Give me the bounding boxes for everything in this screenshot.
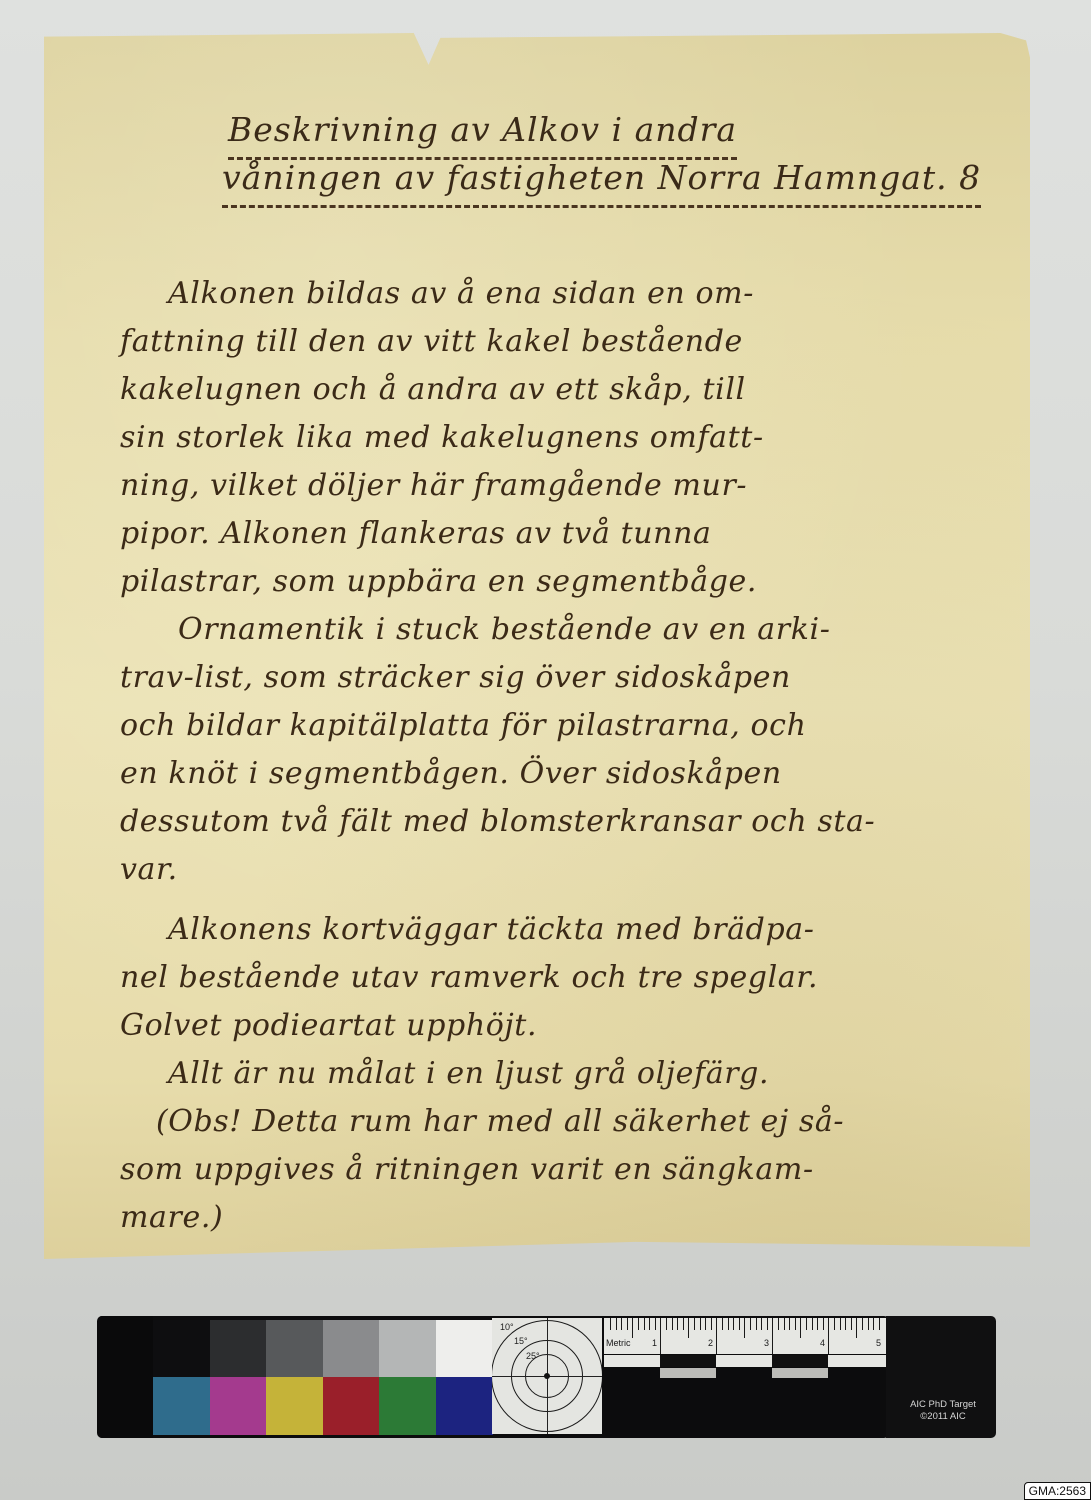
yellow-patch xyxy=(266,1377,323,1435)
body-line: en knöt i segmentbågen. Över sidoskåpen xyxy=(120,750,1048,798)
scale-bar-segment xyxy=(772,1368,828,1378)
body-line: (Obs! Detta rum har med all säkerhet ej … xyxy=(156,1098,1048,1146)
body-line: Alkonen bildas av å ena sidan en om- xyxy=(168,270,1048,318)
scale-bar-segment xyxy=(660,1368,716,1378)
gray-patch xyxy=(210,1320,267,1377)
gray-patch xyxy=(323,1320,380,1377)
ruler-number: 1 xyxy=(652,1338,657,1348)
body-line: sin storlek lika med kakelugnens omfatt- xyxy=(120,414,1048,462)
target-caption: AIC PhD Target ©2011 AIC xyxy=(895,1399,991,1423)
white-patch xyxy=(436,1320,493,1377)
red-patch xyxy=(323,1377,380,1435)
body-line: pipor. Alkonen flankeras av två tunna xyxy=(120,510,1048,558)
scale-bar-segment xyxy=(660,1355,716,1367)
scale-bar-segment xyxy=(772,1355,828,1367)
body-line: nel bestående utav ramverk och tre spegl… xyxy=(120,954,1048,1002)
ring-label: 10° xyxy=(500,1322,514,1332)
metric-ruler: Metric 1 2 3 4 5 xyxy=(604,1318,886,1354)
body-line: Allt är nu målat i en ljust grå oljefärg… xyxy=(168,1050,1048,1098)
ruler-number: 2 xyxy=(708,1338,713,1348)
scale-bar-segment xyxy=(828,1355,886,1367)
body-line: som uppgives å ritningen varit en sängka… xyxy=(120,1146,1048,1194)
ruler-number: 4 xyxy=(820,1338,825,1348)
ruler-label: Metric xyxy=(606,1338,631,1348)
gray-patch xyxy=(379,1320,436,1377)
catalog-id-label: GMA:2563 xyxy=(1024,1482,1091,1500)
ruler-number: 3 xyxy=(764,1338,769,1348)
document-title-line-2: våningen av fastigheten Norra Hamngat. 8 xyxy=(222,158,981,208)
body-line: Ornamentik i stuck bestående av en arki- xyxy=(178,606,1048,654)
document-title-line-1: Beskrivning av Alkov i andra xyxy=(228,110,737,160)
center-dot-icon xyxy=(544,1373,550,1379)
manuscript-body: Alkonen bildas av å ena sidan en om- fat… xyxy=(168,270,1048,1242)
magenta-patch xyxy=(210,1377,267,1435)
body-line: Alkonens kortväggar täckta med brädpa- xyxy=(168,906,1048,954)
body-line: var. xyxy=(120,846,1048,894)
scale-bar-segment xyxy=(604,1355,660,1367)
body-line: kakelugnen och å andra av ett skåp, till xyxy=(120,366,1048,414)
ring-label: 15° xyxy=(514,1336,528,1346)
body-line: pilastrar, som uppbära en segmentbåge. xyxy=(120,558,1048,606)
ruler-number: 5 xyxy=(876,1338,881,1348)
target-copyright: ©2011 AIC xyxy=(895,1411,991,1423)
body-line: fattning till den av vitt kakel beståend… xyxy=(120,318,1048,366)
gray-patch xyxy=(266,1320,323,1377)
blue-patch xyxy=(436,1377,493,1435)
body-line: mare.) xyxy=(120,1194,1048,1242)
target-name: AIC PhD Target xyxy=(895,1399,991,1411)
body-line: Golvet podieartat upphöjt. xyxy=(120,1002,1048,1050)
green-patch xyxy=(379,1377,436,1435)
body-line: ning, vilket döljer här framgående mur- xyxy=(120,462,1048,510)
black-patch xyxy=(97,1316,153,1438)
body-line: trav-list, som sträcker sig över sidoskå… xyxy=(120,654,1048,702)
body-line: dessutom två fält med blomsterkransar oc… xyxy=(120,798,1048,846)
gray-patch xyxy=(153,1320,210,1377)
cyan-patch xyxy=(153,1377,210,1435)
ring-label: 25° xyxy=(526,1351,540,1361)
body-line: och bildar kapitälplatta för pilastrarna… xyxy=(120,702,1048,750)
focus-bullseye: 10° 15° 25° xyxy=(492,1318,602,1434)
scale-bar-segment xyxy=(716,1355,772,1367)
